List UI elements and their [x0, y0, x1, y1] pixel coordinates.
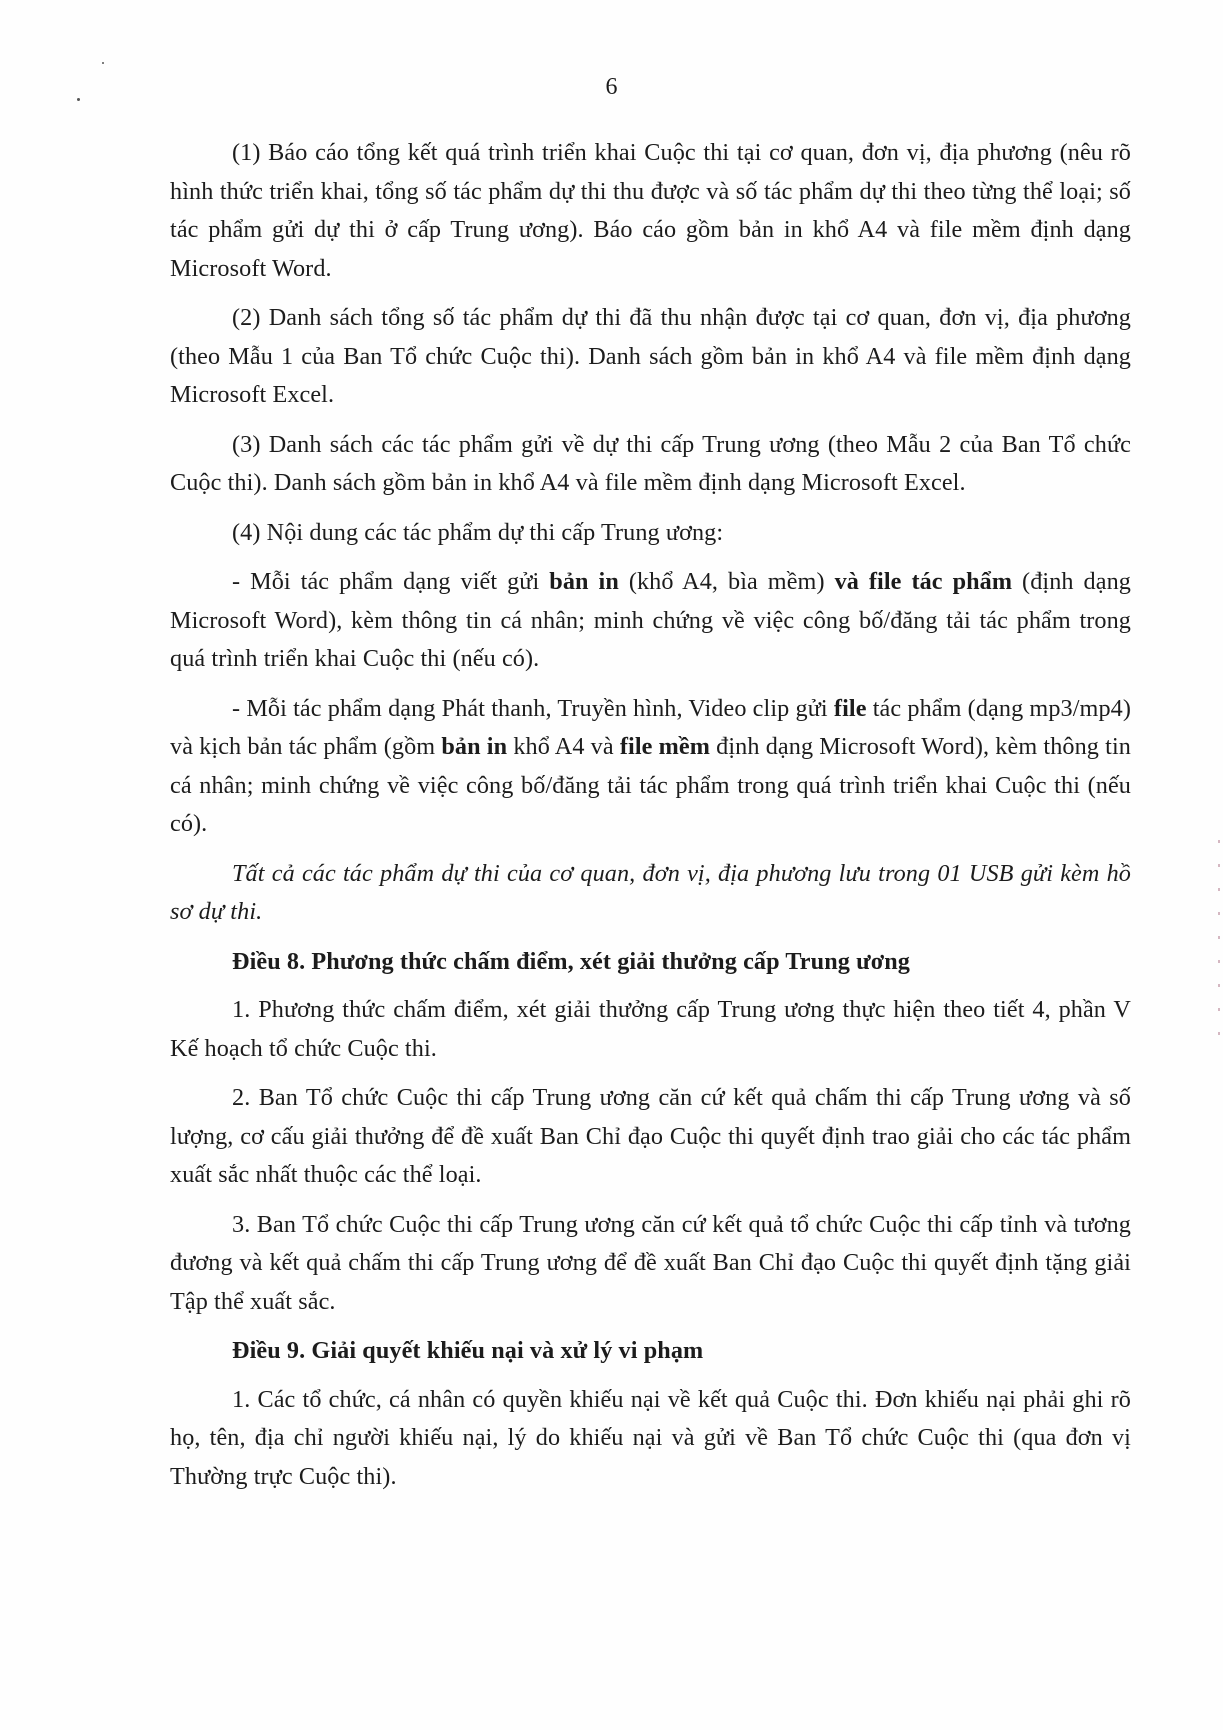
text-segment: khổ A4 và — [507, 733, 620, 760]
body-paragraph: 2. Ban Tổ chức Cuộc thi cấp Trung ương c… — [170, 1079, 1131, 1195]
text-segment: Tất cả các tác phẩm dự thi của cơ quan, … — [170, 860, 1131, 926]
text-segment: 2. Ban Tổ chức Cuộc thi cấp Trung ương c… — [170, 1084, 1131, 1188]
body-paragraph: - Mỗi tác phẩm dạng viết gửi bản in (khổ… — [170, 563, 1131, 679]
text-segment: - Mỗi tác phẩm dạng viết gửi — [232, 568, 549, 595]
section-heading: Điều 9. Giải quyết khiếu nại và xử lý vi… — [170, 1332, 1131, 1371]
page-number: 6 — [0, 72, 1223, 102]
text-segment: 1. Các tổ chức, cá nhân có quyền khiếu n… — [170, 1386, 1131, 1490]
text-segment: (khổ A4, bìa mềm) — [619, 568, 835, 595]
bold-text: bản in — [549, 568, 619, 595]
bold-text: Điều 9. Giải quyết khiếu nại và xử lý vi… — [232, 1337, 703, 1364]
body-paragraph: (2) Danh sách tổng số tác phẩm dự thi đã… — [170, 299, 1131, 415]
bold-text: file — [834, 695, 867, 722]
text-segment: 3. Ban Tổ chức Cuộc thi cấp Trung ương c… — [170, 1211, 1131, 1315]
text-segment: (4) Nội dung các tác phẩm dự thi cấp Tru… — [232, 519, 723, 546]
text-segment: (2) Danh sách tổng số tác phẩm dự thi đã… — [170, 304, 1131, 408]
text-segment: (3) Danh sách các tác phẩm gửi về dự thi… — [170, 431, 1131, 497]
body-paragraph: (3) Danh sách các tác phẩm gửi về dự thi… — [170, 426, 1131, 503]
text-segment: (1) Báo cáo tổng kết quá trình triển kha… — [170, 139, 1131, 282]
scan-edge-marks — [1218, 840, 1220, 1040]
body-paragraph: 1. Phương thức chấm điểm, xét giải thưởn… — [170, 991, 1131, 1068]
bold-text: Điều 8. Phương thức chấm điểm, xét giải … — [232, 948, 910, 975]
section-heading: Điều 8. Phương thức chấm điểm, xét giải … — [170, 943, 1131, 982]
document-page: 6 (1) Báo cáo tổng kết quá trình triển k… — [0, 0, 1223, 1730]
bold-text: file mềm — [620, 733, 710, 760]
text-segment: - Mỗi tác phẩm dạng Phát thanh, Truyền h… — [232, 695, 834, 722]
body-paragraph: (1) Báo cáo tổng kết quá trình triển kha… — [170, 134, 1131, 288]
body-paragraph: 1. Các tổ chức, cá nhân có quyền khiếu n… — [170, 1381, 1131, 1497]
document-body: (1) Báo cáo tổng kết quá trình triển kha… — [170, 134, 1131, 1507]
body-paragraph: 3. Ban Tổ chức Cuộc thi cấp Trung ương c… — [170, 1206, 1131, 1322]
italic-note: Tất cả các tác phẩm dự thi của cơ quan, … — [170, 855, 1131, 932]
text-segment: 1. Phương thức chấm điểm, xét giải thưởn… — [170, 996, 1131, 1062]
body-paragraph: (4) Nội dung các tác phẩm dự thi cấp Tru… — [170, 514, 1131, 553]
bold-text: bản in — [441, 733, 507, 760]
body-paragraph: - Mỗi tác phẩm dạng Phát thanh, Truyền h… — [170, 690, 1131, 844]
bold-text: và file tác phẩm — [835, 568, 1013, 595]
scan-speck — [102, 62, 104, 64]
